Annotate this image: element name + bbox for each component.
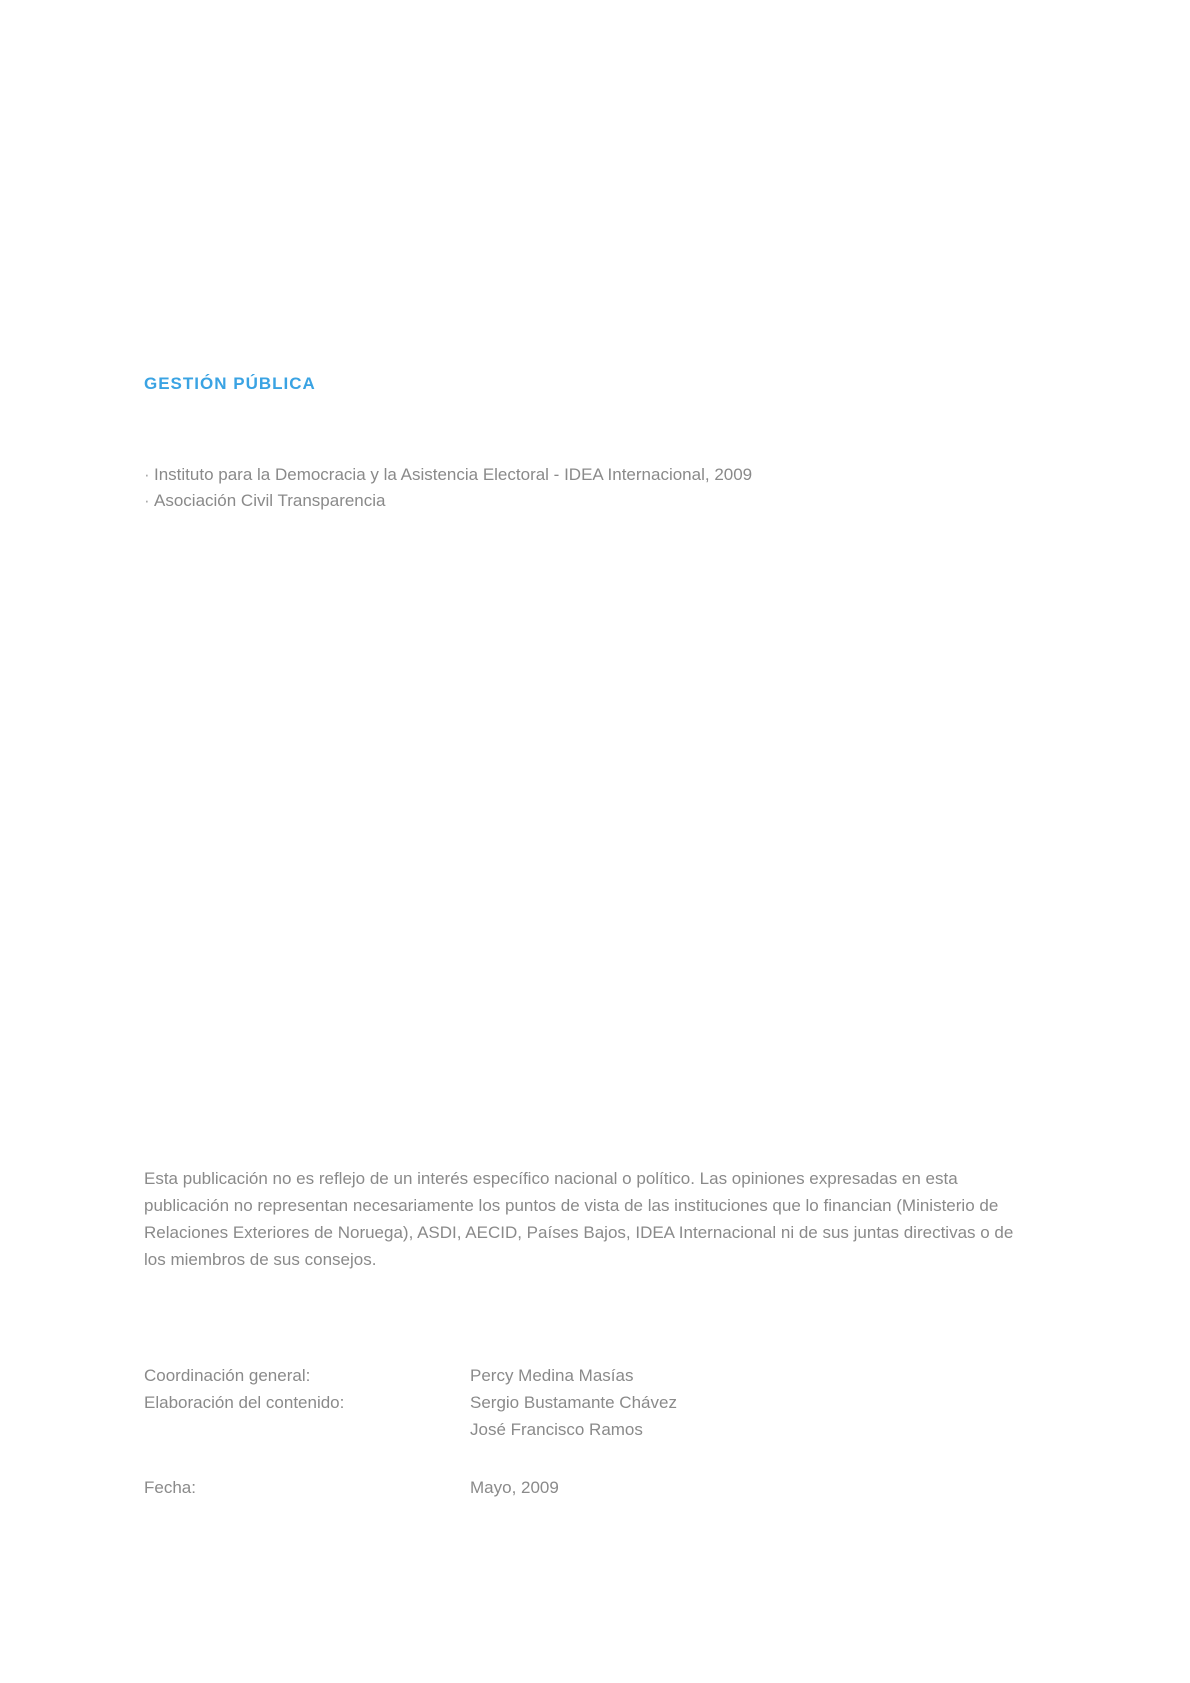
copyright-item: ·Asociación Civil Transparencia	[144, 488, 752, 514]
credits-label-empty	[144, 1416, 470, 1443]
credits-value: Percy Medina Masías	[470, 1362, 677, 1389]
date-label: Fecha:	[144, 1474, 470, 1501]
document-page: GESTIÓN PÚBLICA ·Instituto para la Democ…	[0, 0, 1190, 1683]
disclaimer-paragraph: Esta publicación no es reflejo de un int…	[144, 1165, 1034, 1273]
credits-table: Coordinación general: Percy Medina Masía…	[144, 1362, 677, 1501]
copyright-text: Asociación Civil Transparencia	[154, 491, 386, 510]
credits-label: Coordinación general:	[144, 1362, 470, 1389]
credits-row: Elaboración del contenido: Sergio Bustam…	[144, 1389, 677, 1416]
section-title: GESTIÓN PÚBLICA	[144, 374, 316, 394]
copyright-text: Instituto para la Democracia y la Asiste…	[154, 465, 752, 484]
bullet-icon: ·	[144, 462, 154, 488]
credits-label: Elaboración del contenido:	[144, 1389, 470, 1416]
spacer-row	[144, 1443, 677, 1474]
date-row: Fecha: Mayo, 2009	[144, 1474, 677, 1501]
credits-value: Sergio Bustamante Chávez	[470, 1389, 677, 1416]
bullet-icon: ·	[144, 488, 154, 514]
copyright-item: ·Instituto para la Democracia y la Asist…	[144, 462, 752, 488]
credits-row: José Francisco Ramos	[144, 1416, 677, 1443]
credits-value: José Francisco Ramos	[470, 1416, 677, 1443]
copyright-list: ·Instituto para la Democracia y la Asist…	[144, 462, 752, 514]
date-value: Mayo, 2009	[470, 1474, 677, 1501]
credits-row: Coordinación general: Percy Medina Masía…	[144, 1362, 677, 1389]
